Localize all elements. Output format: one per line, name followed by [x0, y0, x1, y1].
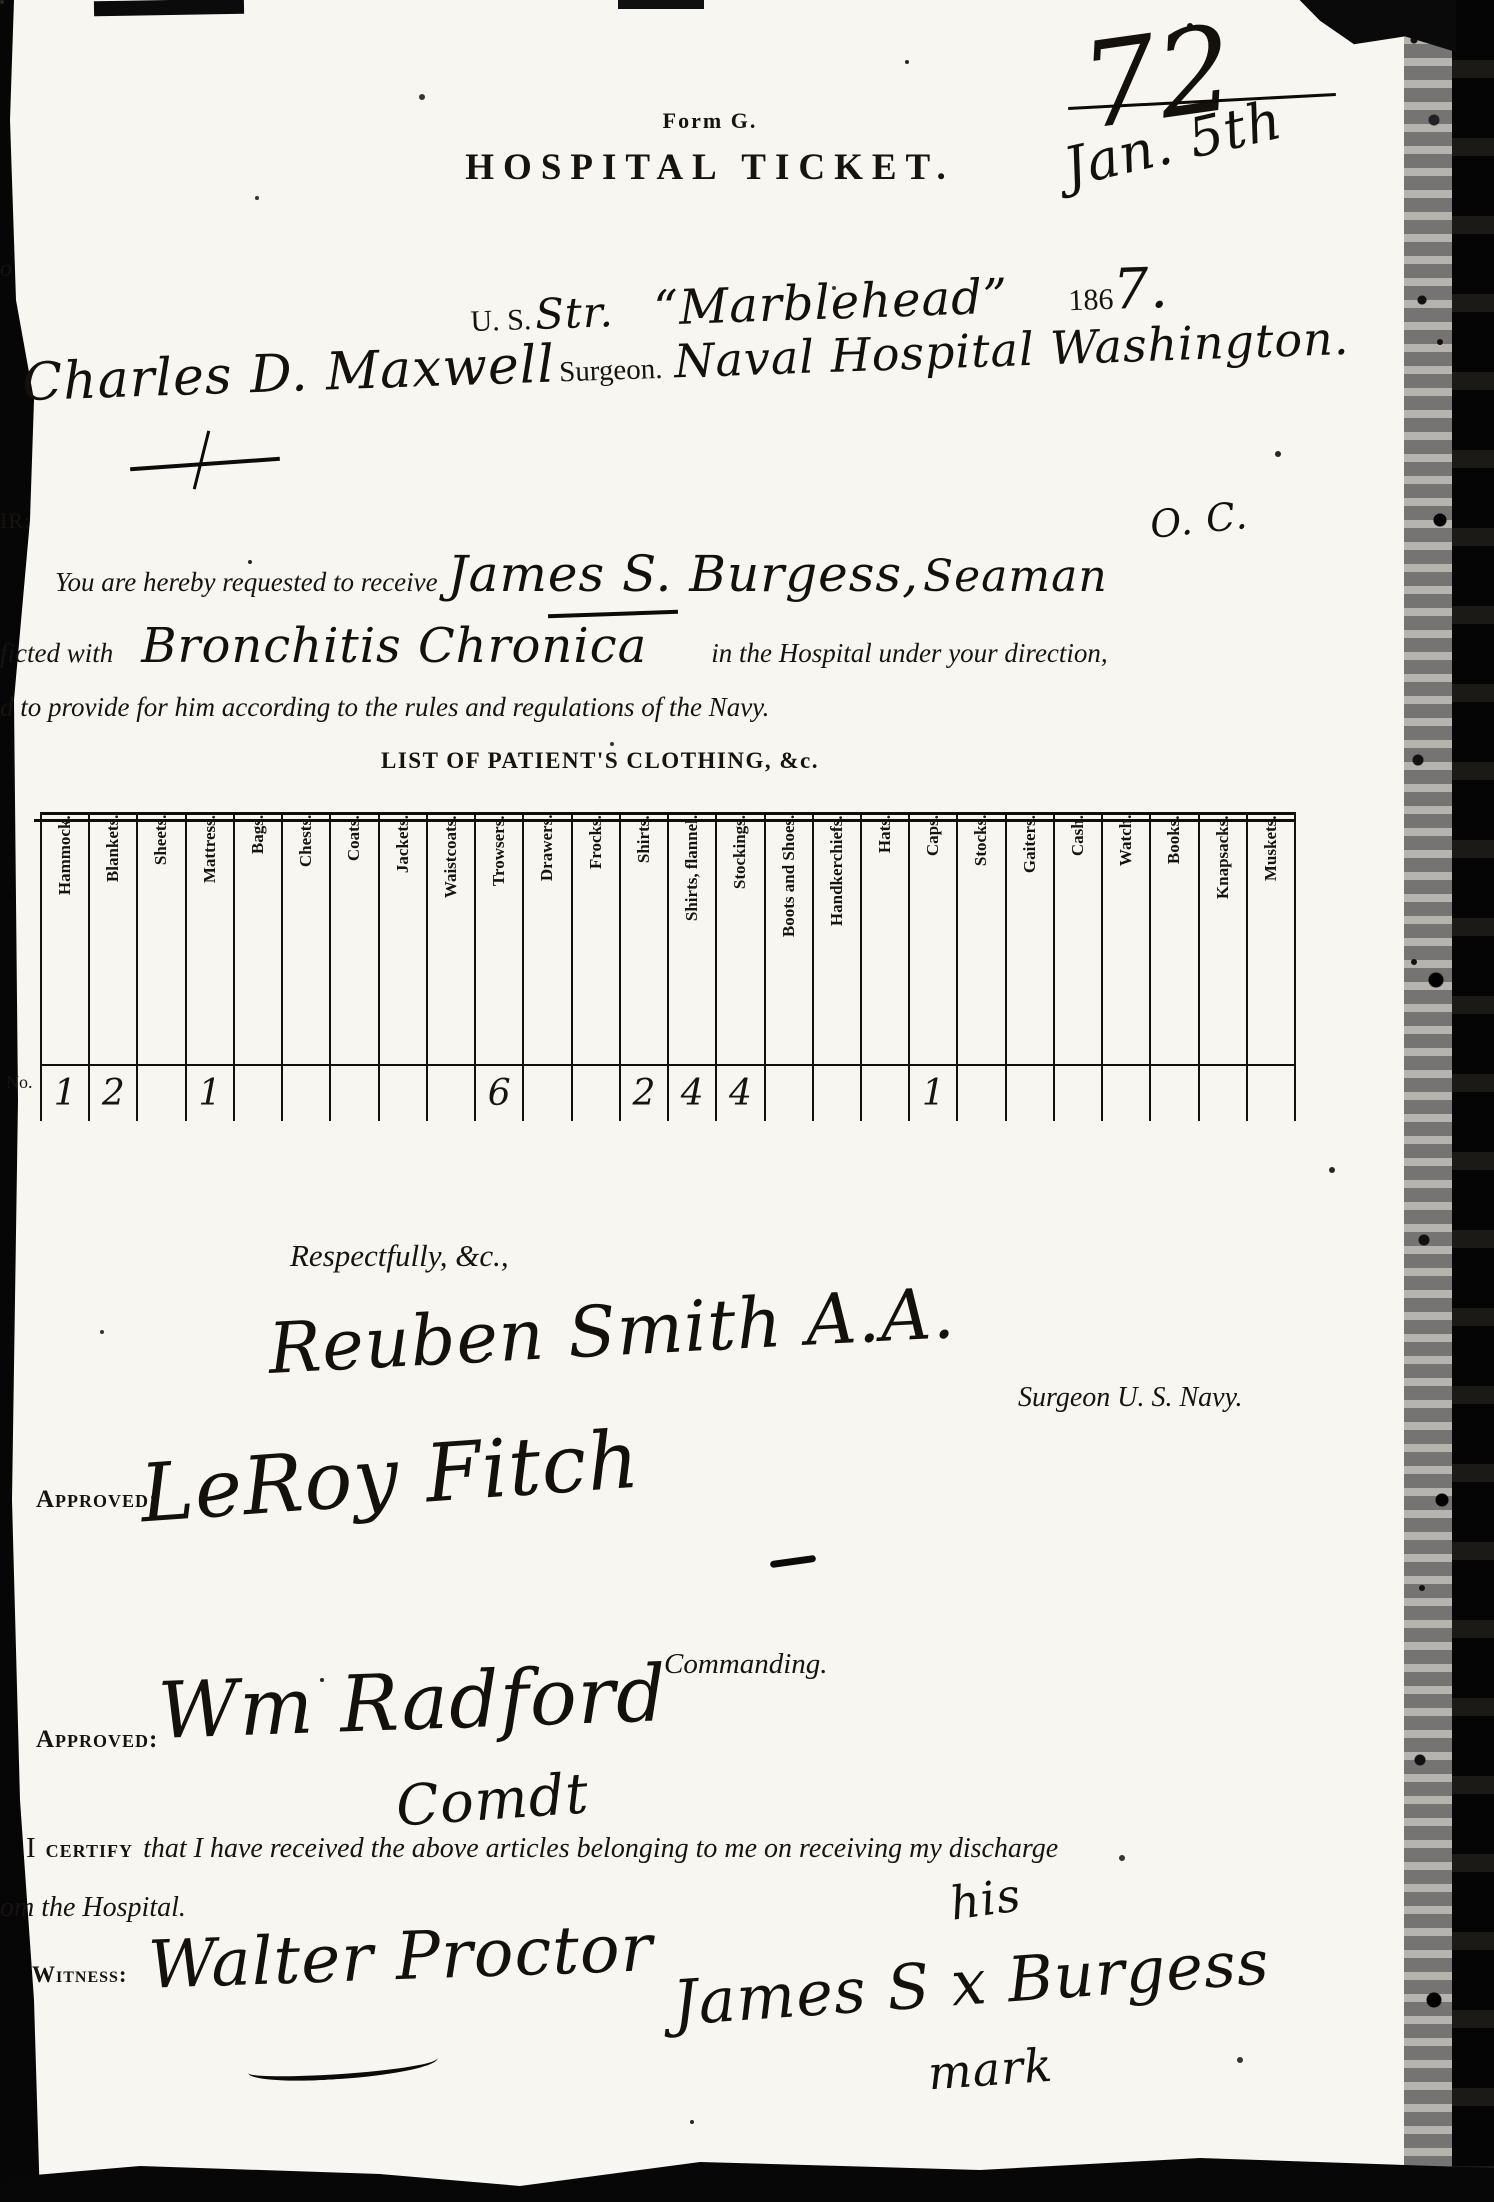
table-column: Sheets. [136, 815, 184, 1121]
table-column: Knapsacks. [1198, 815, 1246, 1121]
scan-edge-left [0, 0, 40, 2202]
table-column: Frocks. [571, 815, 619, 1121]
table-column: Gaiters. [1005, 815, 1053, 1121]
scan-specks [0, 0, 4, 4]
column-label: Sheets. [138, 815, 184, 1064]
witness-signature: Walter Proctor [147, 1909, 655, 2004]
column-value [428, 1064, 474, 1121]
column-value [1007, 1064, 1053, 1121]
column-value: 1 [187, 1064, 233, 1121]
request-line-3: d to provide for him according to the ru… [0, 692, 769, 723]
commanding-printed: Commanding. [664, 1648, 828, 1681]
page-title: HOSPITAL TICKET. [330, 146, 1090, 189]
patient-note-handwritten: O. C. [1148, 493, 1250, 547]
form-label: Form G. [430, 108, 990, 134]
signature-dash [770, 1555, 817, 1568]
table-column: Waistcoats. [426, 815, 474, 1121]
surgeon-title-printed: Surgeon U. S. Navy. [1018, 1382, 1243, 1414]
column-value [1103, 1064, 1149, 1121]
column-value [138, 1064, 184, 1121]
table-column: Cash. [1053, 815, 1101, 1121]
salutation-fragment: IR: [0, 508, 31, 534]
patient-signature: James S x Burgess [670, 1925, 1271, 2040]
table-column: Trowsers. 6 [474, 815, 522, 1121]
table-column: Shirts. 2 [619, 815, 667, 1121]
patient-name-underline [548, 610, 678, 619]
mark-handwritten: mark [926, 2038, 1054, 2101]
scan-edge-bottom [0, 2148, 1494, 2202]
table-column: Stocks. [956, 815, 1004, 1121]
table-column: Handkerchiefs. [812, 815, 860, 1121]
patient-name-handwritten: James S. Burgess, [448, 545, 919, 603]
clothing-table: Hammock. 1 Blankets. 2 Sheets. Mattress.… [40, 812, 1296, 1121]
commandant-title-handwritten: Comdt [394, 1761, 591, 1839]
to-fragment: o [0, 256, 12, 283]
certify-word: certify [46, 1834, 133, 1863]
request-line1-printed: You are hereby requested to receive [55, 567, 438, 597]
column-value: 1 [910, 1064, 956, 1121]
column-value [235, 1064, 281, 1121]
column-label: Mattress. [187, 815, 233, 1064]
column-label: Trowsers. [476, 815, 522, 1064]
column-value [814, 1064, 860, 1121]
commander-signature-2: Wm Radford [157, 1649, 669, 1757]
column-label: Caps. [910, 815, 956, 1064]
his-handwritten: his [947, 1867, 1025, 1930]
column-label: Watch. [1103, 815, 1149, 1064]
column-value [862, 1064, 908, 1121]
column-value [1055, 1064, 1101, 1121]
column-label: Stocks. [958, 815, 1004, 1064]
ship-prefix: U. S. [470, 303, 532, 338]
request-line-2: ficted with Bronchitis Chronica in the H… [0, 618, 1108, 674]
column-label: Drawers. [524, 815, 570, 1064]
column-label: Blankets. [90, 815, 136, 1064]
hospital-ticket-document: Form G. HOSPITAL TICKET. 72 Jan. 5th U. … [0, 0, 1494, 2202]
patient-rate-handwritten: Seaman [923, 551, 1108, 602]
column-value: 6 [476, 1064, 522, 1121]
request-line-1: You are hereby requested to receive Jame… [55, 545, 1108, 603]
table-column: Boots and Shoes. [764, 815, 812, 1121]
column-value [331, 1064, 377, 1121]
column-value: 2 [90, 1064, 136, 1121]
clothing-table-columns: Hammock. 1 Blankets. 2 Sheets. Mattress.… [40, 815, 1296, 1121]
scan-edge-right [1452, 0, 1494, 2202]
table-column: Drawers. [522, 815, 570, 1121]
column-label: Hammock. [42, 815, 88, 1064]
approved-label-2: Approved: [36, 1726, 158, 1754]
addressee-title: Surgeon. [559, 353, 663, 389]
table-column: Books. [1149, 815, 1197, 1121]
column-label: Shirts. [621, 815, 667, 1064]
table-column: Jackets. [378, 815, 426, 1121]
column-value: 4 [669, 1064, 715, 1121]
table-column: Hammock. 1 [40, 815, 88, 1121]
respectfully-printed: Respectfully, &c., [290, 1238, 509, 1274]
ship-type-handwritten: Str. [534, 287, 614, 339]
addressee-tick [193, 431, 210, 490]
clothing-list-heading: LIST OF PATIENT'S CLOTHING, &c. [230, 748, 970, 774]
column-label: Coats. [331, 815, 377, 1064]
column-label: Books. [1151, 815, 1197, 1064]
table-column: Stockings. 4 [715, 815, 763, 1121]
column-value [958, 1064, 1004, 1121]
scan-tear-top-right [1286, 0, 1456, 52]
column-label: Cash. [1055, 815, 1101, 1064]
request-line2-suffix-printed: in the Hospital under your direction, [711, 638, 1107, 668]
table-column: Muskets. [1246, 815, 1296, 1121]
year-printed: 186 [1068, 283, 1114, 318]
diagnosis-handwritten: Bronchitis Chronica [141, 618, 647, 674]
column-value [1248, 1064, 1294, 1121]
column-value [1151, 1064, 1197, 1121]
column-value [1200, 1064, 1246, 1121]
column-label: Waistcoats. [428, 815, 474, 1064]
certify-intro: I [26, 1832, 36, 1864]
table-column: Coats. [329, 815, 377, 1121]
surgeon-signature: Reuben Smith A.A. [266, 1272, 957, 1390]
commander-signature-1: LeRoy Fitch [137, 1413, 642, 1541]
table-column: Hats. [860, 815, 908, 1121]
column-label: Hats. [862, 815, 908, 1064]
column-label: Bags. [235, 815, 281, 1064]
table-column: Chests. [281, 815, 329, 1121]
column-value [573, 1064, 619, 1121]
column-label: Knapsacks. [1200, 815, 1246, 1064]
column-label: Frocks. [573, 815, 619, 1064]
column-label: Boots and Shoes. [766, 815, 812, 1064]
addressee-underline [130, 457, 280, 471]
column-value: 2 [621, 1064, 667, 1121]
certification-line-1: I certify that I have received the above… [26, 1832, 1058, 1865]
scan-mark-top-mid [618, 0, 704, 9]
column-label: Shirts, flannel. [669, 815, 715, 1064]
table-column: Mattress. 1 [185, 815, 233, 1121]
certification-line-2: om the Hospital. [0, 1892, 186, 1924]
table-column: Caps. 1 [908, 815, 956, 1121]
column-value [766, 1064, 812, 1121]
column-value: 1 [42, 1064, 88, 1121]
column-label: Gaiters. [1007, 815, 1053, 1064]
table-column: Bags. [233, 815, 281, 1121]
afflicted-with-printed: ficted with [0, 638, 113, 668]
table-column: Blankets. 2 [88, 815, 136, 1121]
certify-body: that I have received the above articles … [143, 1833, 1058, 1864]
column-label: Muskets. [1248, 815, 1294, 1064]
column-label: Jackets. [380, 815, 426, 1064]
column-label: Stockings. [717, 815, 763, 1064]
scan-mark-top-left [94, 0, 244, 16]
column-value [283, 1064, 329, 1121]
column-label: Handkerchiefs. [814, 815, 860, 1064]
table-column: Shirts, flannel. 4 [667, 815, 715, 1121]
clothing-row-label: No. [6, 1072, 33, 1093]
column-value [380, 1064, 426, 1121]
column-label: Chests. [283, 815, 329, 1064]
addressee-name-handwritten: Charles D. Maxwell [21, 335, 556, 414]
table-column: Watch. [1101, 815, 1149, 1121]
witness-flourish [247, 2047, 438, 2084]
column-value [524, 1064, 570, 1121]
scan-edge-right-speckle [1404, 0, 1456, 2202]
column-value: 4 [717, 1064, 763, 1121]
witness-label: Witness: [32, 1962, 128, 1988]
